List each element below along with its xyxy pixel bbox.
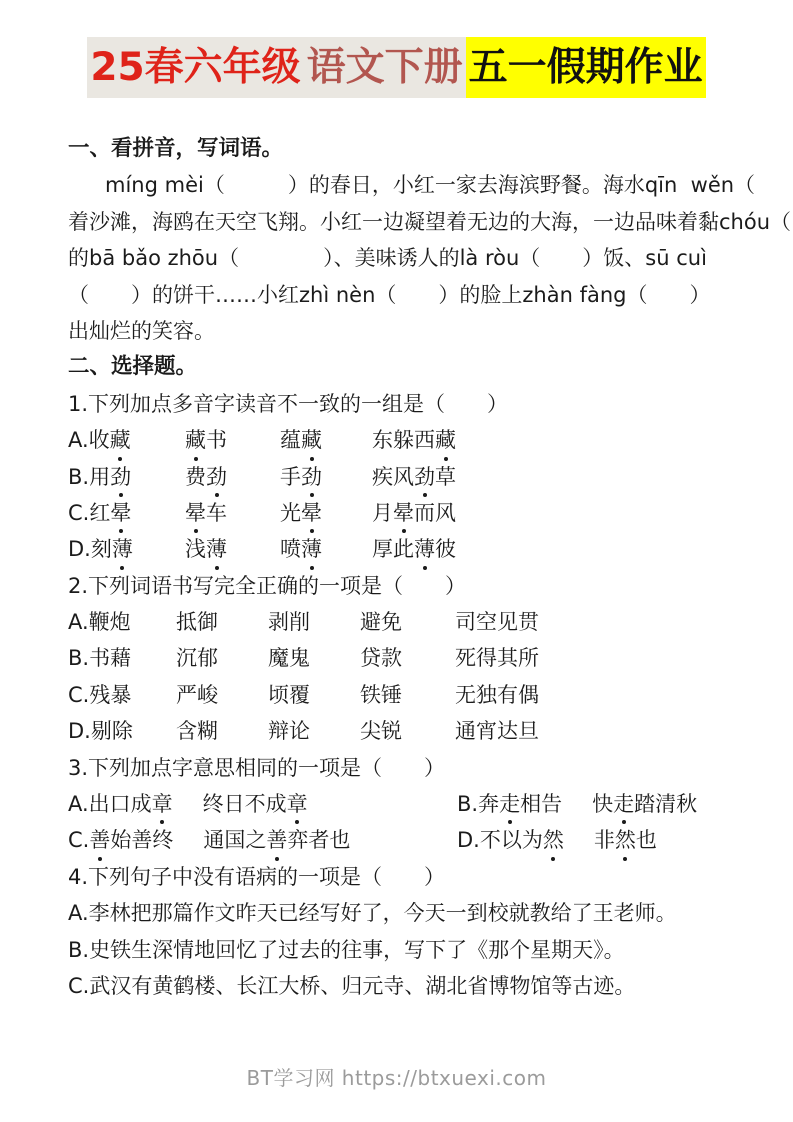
option-phrase: 不以为然: [480, 828, 564, 852]
option-phrase: 终日不成章: [203, 792, 308, 816]
question-1-option-row-a: A.收藏 藏书 蕴藏 东躲西藏: [68, 422, 738, 458]
option-word: 晕车: [185, 495, 280, 531]
option-word: 书藉: [89, 646, 131, 670]
option-cell: C.残暴: [68, 677, 176, 713]
option-word: 避免: [360, 604, 455, 640]
option-cell: A.收藏: [68, 422, 185, 458]
title-bar: 25春六年级语文下册五一假期作业: [87, 37, 705, 98]
section-2-heading: 二、选择题。: [68, 349, 738, 385]
option-word: 通宵达旦: [455, 713, 738, 749]
option-label: D.: [68, 719, 91, 743]
option-word: 浅薄: [185, 531, 280, 567]
option-phrase: 快走踏清秋: [592, 792, 697, 816]
option-phrase: 奔走相告: [478, 792, 562, 816]
option-word: 红晕: [89, 501, 131, 525]
option-cell: D.剔除: [68, 713, 176, 749]
option-word: 藏书: [185, 422, 280, 458]
option-word: 剔除: [91, 719, 133, 743]
question-2-option-row-a: A.鞭炮 抵御 剥削 避免 司空见贯: [68, 604, 738, 640]
pinyin-paragraph-line-5: 出灿烂的笑容。: [68, 313, 738, 349]
option-sentence: 史铁生深情地回忆了过去的往事，写下了《那个星期天》。: [89, 938, 625, 962]
option-word: 用劲: [89, 465, 131, 489]
question-2-option-row-b: B.书藉 沉郁 魔鬼 贷款 死得其所: [68, 640, 738, 676]
option-label: A.: [68, 428, 89, 452]
question-1-option-row-d: D.刻薄 浅薄 喷薄 厚此薄彼: [68, 531, 738, 567]
option-cell: A.出口成章终日不成章: [68, 786, 457, 822]
worksheet-page: 25春六年级语文下册五一假期作业 一、看拼音，写词语。 míng mèi（ ）的…: [0, 0, 793, 1122]
title-grade-segment: 25春六年级: [87, 37, 303, 98]
title-highlighted-segment: 五一假期作业: [466, 37, 706, 98]
question-2-option-row-c: C.残暴 严峻 顷覆 铁锤 无独有偶: [68, 677, 738, 713]
option-label: B.: [68, 938, 89, 962]
option-cell: B.书藉: [68, 640, 176, 676]
option-word: 鞭炮: [89, 610, 131, 634]
option-phrase: 通国之善弈者也: [203, 828, 350, 852]
option-phrase: 出口成章: [89, 792, 173, 816]
option-cell: C.红晕: [68, 495, 185, 531]
option-cell: D.刻薄: [68, 531, 185, 567]
option-word: 魔鬼: [268, 640, 360, 676]
worksheet-body: 一、看拼音，写词语。 míng mèi（ ）的春日，小红一家去海滨野餐。海水qī…: [68, 131, 738, 1004]
question-1-option-row-b: B.用劲 费劲 手劲 疾风劲草: [68, 459, 738, 495]
option-word: 含糊: [176, 713, 268, 749]
option-label: C.: [68, 683, 89, 707]
option-label: C.: [68, 828, 89, 852]
option-cell: C.善始善终通国之善弈者也: [68, 822, 457, 858]
option-word: 收藏: [89, 428, 131, 452]
option-cell: B.奔走相告快走踏清秋: [457, 786, 738, 822]
option-cell: D.不以为然非然也: [457, 822, 738, 858]
pinyin-paragraph-line-3: 的bā bǎo zhōu（ ）、美味诱人的là ròu（ ）饭、sū cuì: [68, 240, 738, 276]
question-4-stem: 4.下列句子中没有语病的一项是（ ）: [68, 859, 738, 895]
option-word: 死得其所: [455, 640, 738, 676]
option-word: 蕴藏: [280, 422, 372, 458]
option-word: 喷薄: [280, 531, 372, 567]
question-4-option-c: C.武汉有黄鹤楼、长江大桥、归元寺、湖北省博物馆等古迹。: [68, 968, 738, 1004]
question-3-option-row-ab: A.出口成章终日不成章 B.奔走相告快走踏清秋: [68, 786, 738, 822]
title-subject-segment: 语文下册: [304, 37, 466, 98]
option-word: 沉郁: [176, 640, 268, 676]
option-word: 铁锤: [360, 677, 455, 713]
section-1-heading: 一、看拼音，写词语。: [68, 131, 738, 167]
option-word: 无独有偶: [455, 677, 738, 713]
option-sentence: 武汉有黄鹤楼、长江大桥、归元寺、湖北省博物馆等古迹。: [89, 974, 635, 998]
option-word: 尖锐: [360, 713, 455, 749]
pinyin-paragraph-line-2: 着沙滩，海鸥在天空飞翔。小红一边凝望着无边的大海，一边品味着黏chóu（ ）: [68, 204, 738, 240]
option-word: 手劲: [280, 459, 372, 495]
option-word: 司空见贯: [455, 604, 738, 640]
option-phrase: 非然也: [594, 828, 657, 852]
question-3-option-row-cd: C.善始善终通国之善弈者也 D.不以为然非然也: [68, 822, 738, 858]
option-label: A.: [68, 792, 89, 816]
option-word: 光晕: [280, 495, 372, 531]
option-word: 月晕而风: [372, 495, 738, 531]
option-word: 残暴: [89, 683, 131, 707]
option-label: D.: [457, 828, 480, 852]
option-label: C.: [68, 501, 89, 525]
pinyin-paragraph-line-1: míng mèi（ ）的春日，小红一家去海滨野餐。海水qīn wěn（ ）: [68, 167, 738, 203]
option-sentence: 李林把那篇作文昨天已经写好了，今天一到校就教给了王老师。: [89, 901, 677, 925]
option-label: C.: [68, 974, 89, 998]
option-word: 刻薄: [91, 537, 133, 561]
question-1-stem: 1.下列加点多音字读音不一致的一组是（ ）: [68, 386, 738, 422]
pinyin-paragraph-line-4: （ ）的饼干……小红zhì nèn（ ）的脸上zhàn fàng（ ）: [68, 277, 738, 313]
option-word: 东躲西藏: [372, 422, 738, 458]
question-1-option-row-c: C.红晕 晕车 光晕 月晕而风: [68, 495, 738, 531]
option-cell: B.用劲: [68, 459, 185, 495]
option-word: 贷款: [360, 640, 455, 676]
option-word: 厚此薄彼: [372, 531, 738, 567]
option-word: 疾风劲草: [372, 459, 738, 495]
option-label: B.: [457, 792, 478, 816]
option-word: 辩论: [268, 713, 360, 749]
option-label: A.: [68, 901, 89, 925]
option-word: 抵御: [176, 604, 268, 640]
question-4-option-b: B.史铁生深情地回忆了过去的往事，写下了《那个星期天》。: [68, 932, 738, 968]
option-label: A.: [68, 610, 89, 634]
option-cell: A.鞭炮: [68, 604, 176, 640]
option-label: B.: [68, 465, 89, 489]
option-word: 顷覆: [268, 677, 360, 713]
option-word: 剥削: [268, 604, 360, 640]
option-label: B.: [68, 646, 89, 670]
question-2-stem: 2.下列词语书写完全正确的一项是（ ）: [68, 568, 738, 604]
question-3-stem: 3.下列加点字意思相同的一项是（ ）: [68, 750, 738, 786]
worksheet-title: 25春六年级语文下册五一假期作业: [0, 37, 793, 98]
option-label: D.: [68, 537, 91, 561]
option-word: 费劲: [185, 459, 280, 495]
option-word: 严峻: [176, 677, 268, 713]
footer-watermark: BT学习网 https://btxuexi.com: [0, 1062, 793, 1091]
question-4-option-a: A.李林把那篇作文昨天已经写好了，今天一到校就教给了王老师。: [68, 895, 738, 931]
question-2-option-row-d: D.剔除 含糊 辩论 尖锐 通宵达旦: [68, 713, 738, 749]
option-phrase: 善始善终: [89, 828, 173, 852]
